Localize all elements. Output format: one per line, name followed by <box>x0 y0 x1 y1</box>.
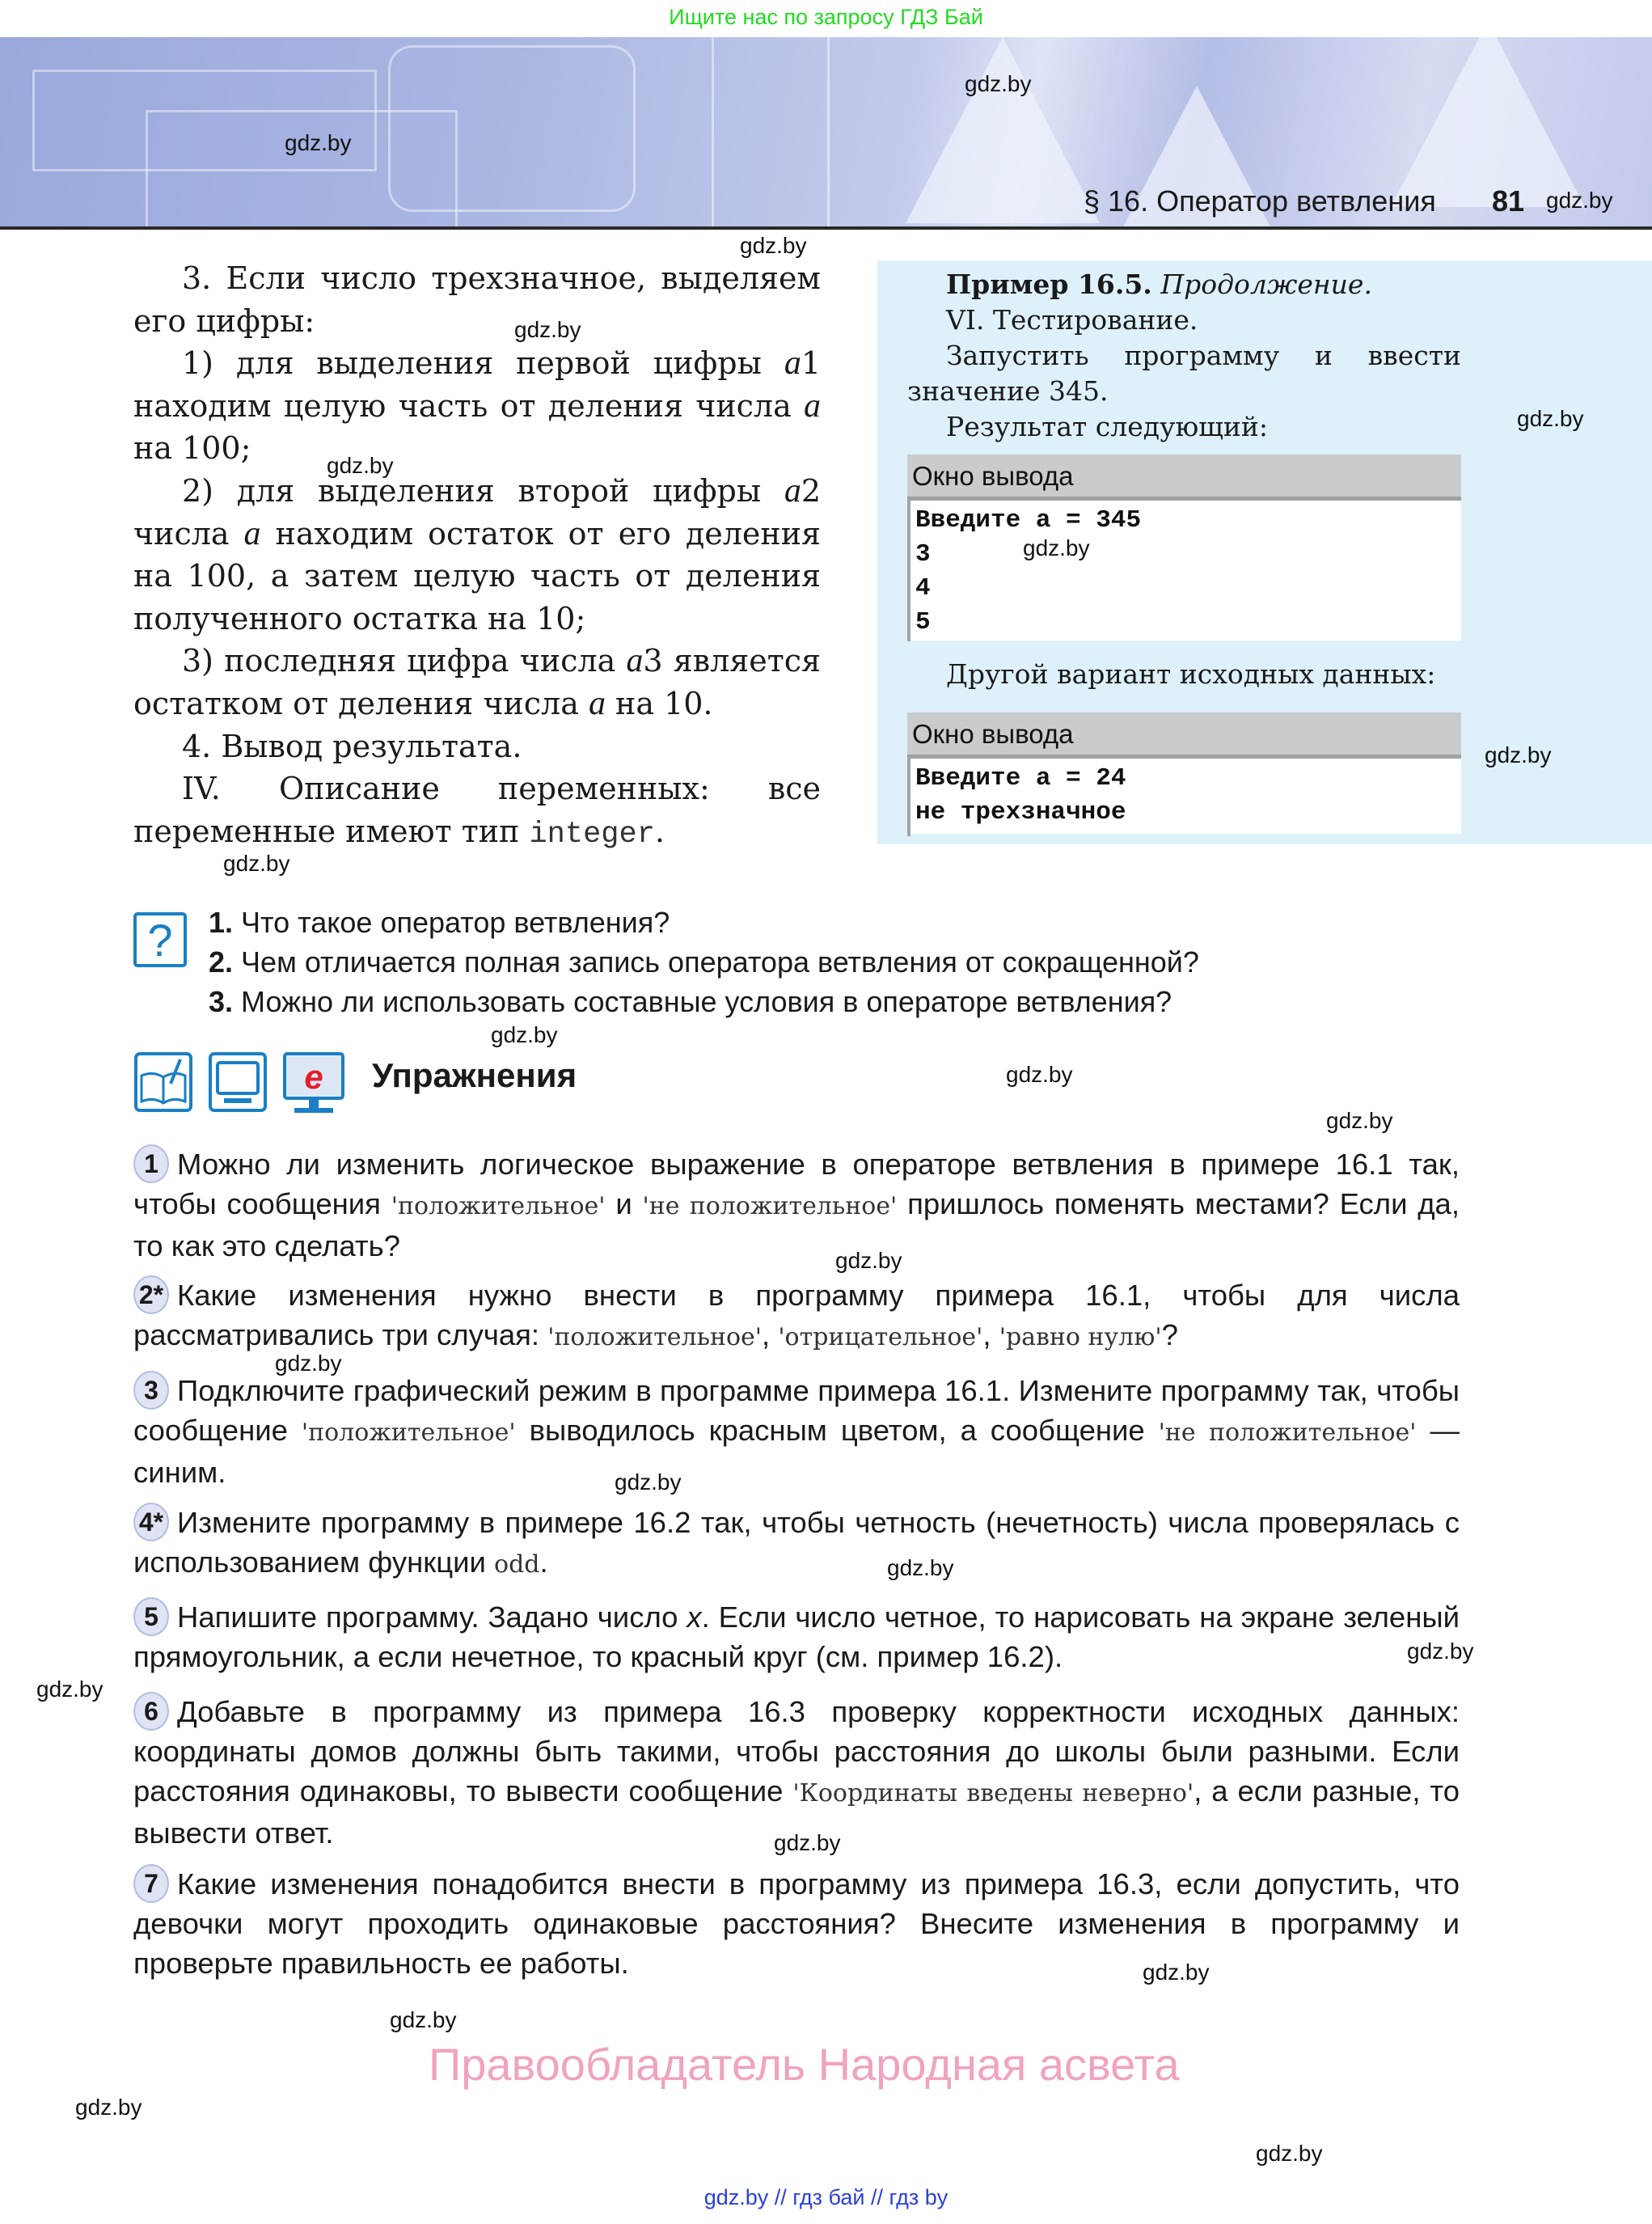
watermark: gdz.by <box>275 1351 342 1376</box>
question-item: 3. Можно ли использовать составные услов… <box>209 982 1199 1021</box>
output-window-2: Окно вывода Введите a = 24 не трехзначно… <box>907 712 1461 834</box>
run-instruction: Запустить программу и ввести <box>907 338 1461 374</box>
question-item: 1. Что такое оператор ветвления? <box>209 903 1199 942</box>
copyright-notice: Правообладатель Народная асвета <box>429 2038 1180 2091</box>
step-4: 4. Вывод результата. <box>133 725 821 768</box>
exercise-icons: e <box>133 1051 360 1120</box>
result-label: Результат следующий: <box>907 409 1461 445</box>
page-number: 81 <box>1492 184 1524 218</box>
watermark: gdz.by <box>75 2095 142 2120</box>
output-window-body: Введите a = 345 3 4 5 <box>907 501 1461 641</box>
output-window-body: Введите a = 24 не трехзначное <box>907 759 1461 836</box>
watermark: gdz.by <box>285 130 352 156</box>
watermark: gdz.by <box>1143 1960 1210 1985</box>
watermark: gdz.by <box>1517 406 1584 432</box>
top-banner: Ищите нас по запросу ГДЗ Бай <box>0 0 1652 37</box>
step-3-1: 1) для выделения первой цифры a1 находим… <box>133 342 821 470</box>
exercise-item: 5Напишите программу. Задано число x. Есл… <box>133 1597 1460 1676</box>
review-questions: 1. Что такое оператор ветвления? 2. Чем … <box>209 903 1199 1021</box>
exercise-item: 6Добавьте в программу из примера 16.3 пр… <box>133 1692 1460 1853</box>
watermark: gdz.by <box>1407 1638 1474 1664</box>
book-pen-icon <box>136 1054 191 1110</box>
watermark: gdz.by <box>774 1830 841 1856</box>
step-3-3: 3) последняя цифра числа a3 является ост… <box>133 640 821 725</box>
watermark: gdz.by <box>1256 2141 1323 2167</box>
watermark: gdz.by <box>740 233 807 259</box>
question-item: 2. Чем отличается полная запись оператор… <box>209 942 1199 982</box>
watermark: gdz.by <box>835 1248 902 1274</box>
output-line: не трехзначное <box>915 796 1461 830</box>
exercise-item: 2*Какие изменения нужно внести в програм… <box>133 1275 1460 1357</box>
output-line: Введите a = 24 <box>915 762 1461 796</box>
watermark: gdz.by <box>223 851 290 877</box>
watermark: gdz.by <box>390 2007 457 2033</box>
watermark: gdz.by <box>1326 1108 1393 1134</box>
monitor-icon <box>210 1054 265 1110</box>
watermark: gdz.by <box>327 453 394 479</box>
output-line: 4 <box>915 572 1461 606</box>
algorithm-steps: 3. Если число трехзначное, выделяем его … <box>133 257 821 856</box>
watermark: gdz.by <box>615 1469 682 1495</box>
footer-links[interactable]: gdz.by // гдз бай // гдз by <box>0 2185 1652 2210</box>
example-subtitle: Продолжение. <box>1160 268 1372 300</box>
watermark: gdz.by <box>1485 742 1552 768</box>
exercise-item: 1Можно ли изменить логическое выражение … <box>133 1144 1460 1266</box>
watermark: gdz.by <box>36 1676 104 1702</box>
header-divider <box>0 226 1652 230</box>
exercise-item: 7Какие изменения понадобится внести в пр… <box>133 1864 1460 1983</box>
testing-heading: VI. Тестирование. <box>907 302 1461 338</box>
exercise-item: 3Подключите графический режим в программ… <box>133 1371 1460 1492</box>
variables-description: IV. Описание переменных: все переменные … <box>133 767 821 856</box>
e-learning-monitor-icon: e <box>285 1054 343 1113</box>
step-3-2: 2) для выделения второй цифры a2 числа a… <box>133 470 821 640</box>
output-window-title: Окно вывода <box>907 712 1461 759</box>
output-line: 3 <box>915 538 1461 572</box>
step-3-intro: 3. Если число трехзначное, выделяем его … <box>133 257 821 342</box>
watermark: gdz.by <box>514 317 581 343</box>
output-line: 5 <box>915 606 1461 640</box>
example-text: Пример 16.5. Продолжение. VI. Тестирован… <box>907 267 1461 445</box>
watermark: gdz.by <box>1546 188 1613 214</box>
question-icon: ? <box>133 912 187 967</box>
watermark: gdz.by <box>1006 1062 1073 1088</box>
watermark: gdz.by <box>887 1555 954 1581</box>
run-instruction-cont: значение 345. <box>907 374 1461 409</box>
exercise-item: 4*Измените программу в примере 16.2 так,… <box>133 1503 1460 1584</box>
section-title: § 16. Оператор ветвления <box>1084 184 1436 218</box>
output-window-1: Окно вывода Введите a = 345 3 4 5 <box>907 455 1461 641</box>
watermark: gdz.by <box>491 1022 558 1048</box>
watermark: gdz.by <box>1023 535 1090 561</box>
example-title: Пример 16.5. <box>946 268 1152 300</box>
other-variant-label: Другой вариант исходных данных: <box>946 658 1435 690</box>
svg-text:e: e <box>304 1058 323 1096</box>
watermark: gdz.by <box>965 71 1032 97</box>
output-line: Введите a = 345 <box>915 504 1461 538</box>
exercises-heading: Упражнения <box>372 1056 577 1095</box>
output-window-title: Окно вывода <box>907 455 1461 501</box>
